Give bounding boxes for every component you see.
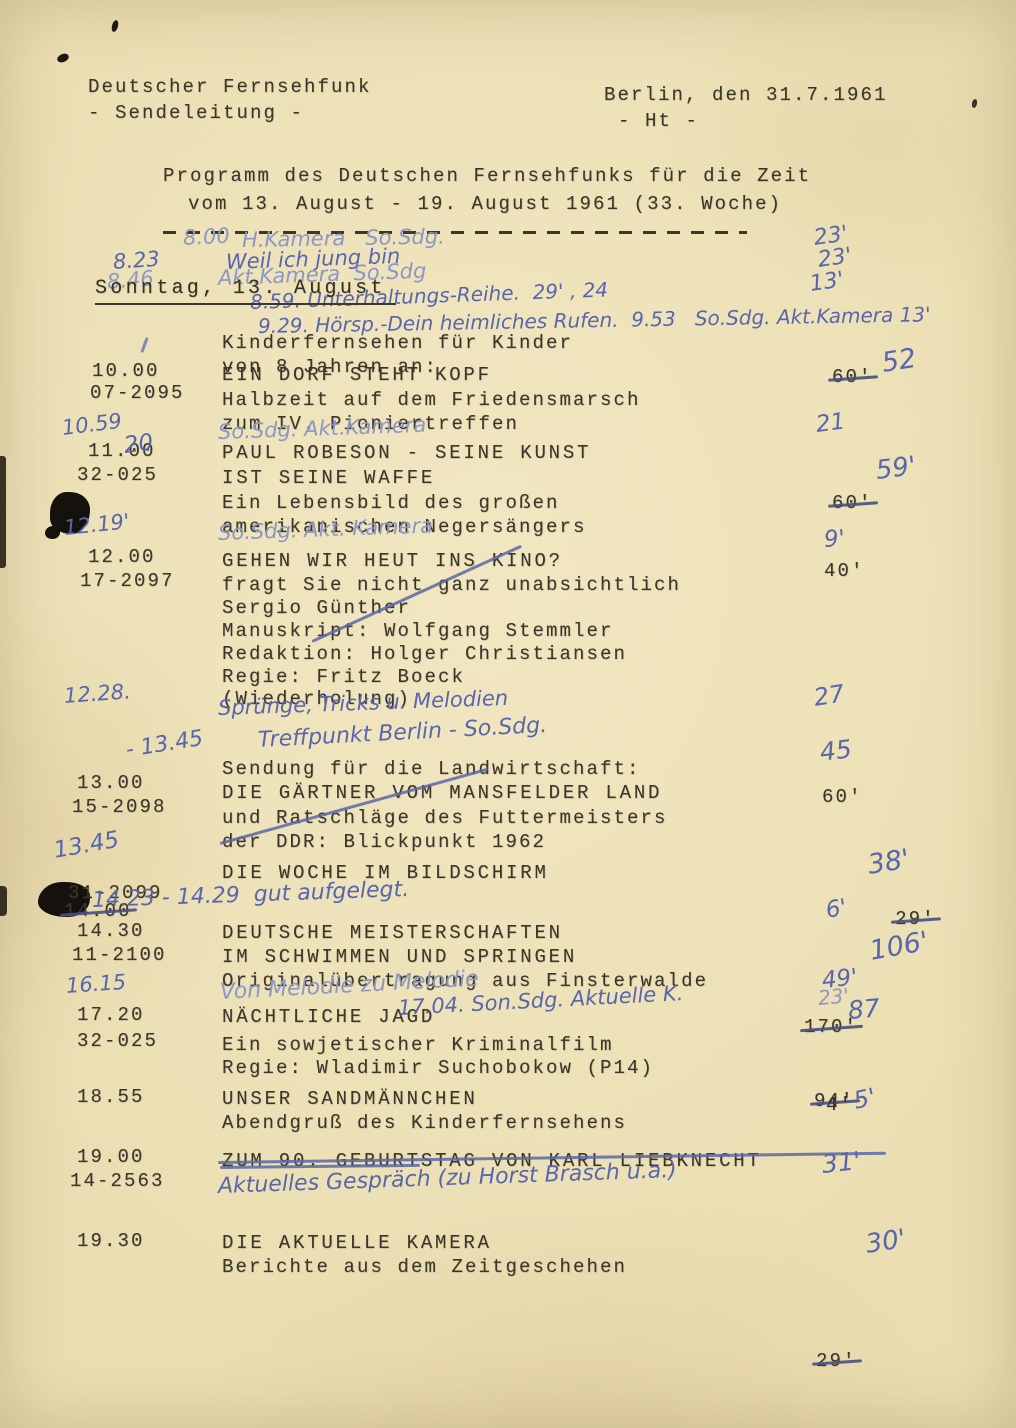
duration-typed: 40' (824, 560, 865, 582)
duration-typed: 60' (832, 492, 873, 514)
program-time: 13.00 (77, 772, 145, 794)
ink-blob (45, 526, 60, 539)
program-line: Abendgruß des Kinderfernsehens (222, 1112, 627, 1134)
program-code: 32-025 (77, 1030, 158, 1052)
program-pre-line: Kinderfernsehen für Kinder (222, 332, 573, 354)
program-time: 12.00 (88, 546, 156, 568)
program-line: Regie: Wladimir Suchobokow (P14) (222, 1057, 654, 1079)
program-code: 14-2563 (70, 1170, 165, 1192)
hw-note-duration: 9' (823, 526, 846, 553)
program-title: DIE GÄRTNER VOM MANSFELDER LAND (222, 782, 662, 804)
program-title: IST SEINE WAFFE (222, 467, 435, 489)
hw-note-duration: 27 (812, 679, 847, 711)
duration-handwritten: 87 (847, 993, 881, 1025)
program-code: 07-2095 (90, 382, 185, 404)
program-line: Manuskript: Wolfgang Stemmler (222, 620, 614, 642)
duration-handwritten: 106' (867, 926, 930, 967)
hw-note-text: Treffpunkt Berlin - So.Sdg. (257, 713, 547, 753)
program-entry-1100: 11.00 20 32-025 PAUL ROBESON - SEINE KUN… (0, 22, 1016, 44)
duration-handwritten: 38' (866, 844, 912, 881)
program-intro: Sendung für die Landwirtschaft: (222, 758, 641, 780)
program-line: Halbzeit auf dem Friedensmarsch (222, 389, 641, 411)
place-date: Berlin, den 31.7.1961 (604, 84, 888, 106)
program-time: 19.00 (77, 1146, 145, 1168)
hw-note-time: 12.28. (63, 679, 131, 708)
hw-time-correction: 20 (122, 430, 154, 459)
program-time: 18.55 (77, 1086, 145, 1108)
program-line: Regie: Fritz Boeck (222, 666, 465, 688)
program-code: 17-2097 (80, 570, 175, 592)
program-entry-1400: 14.00 31-2099 DIE WOCHE IM BILDSCHIRM 29… (0, 44, 1016, 66)
program-code: 11-2100 (72, 944, 167, 966)
hw-note-time: 16.15 (65, 970, 127, 998)
duration-handwritten: 52 (880, 343, 919, 379)
program-line: und Ratschläge des Futtermeisters (222, 807, 668, 829)
program-code: 32-025 (77, 464, 158, 486)
duration-typed: 60' (832, 366, 873, 388)
scanned-program-sheet: Deutscher Fernsehfunk - Sendeleitung - B… (0, 0, 1016, 1428)
org-name: Deutscher Fernsehfunk (88, 76, 372, 98)
program-title: UNSER SANDMÄNNCHEN (222, 1088, 478, 1110)
duration-handwritten-faint: 23' (817, 983, 850, 1010)
program-title-line1: Programm des Deutschen Fernsehfunks für … (163, 165, 811, 187)
program-time: 17.20 (77, 1004, 145, 1026)
program-line: Berichte aus dem Zeitgeschehen (222, 1256, 627, 1278)
program-title: IM SCHWIMMEN UND SPRINGEN (222, 946, 577, 968)
program-code: 15-2098 (72, 796, 167, 818)
hw-note-duration: 13' (808, 267, 845, 296)
program-entry-1000: Kinderfernsehen für Kinder von 8 Jahren … (0, 0, 1016, 22)
duration-typed: 29' (816, 1350, 857, 1372)
program-time: 10.00 (92, 360, 160, 382)
program-time: 14.30 (77, 920, 145, 942)
program-title: PAUL ROBESON - SEINE KUNST (222, 442, 591, 464)
org-dept: - Sendeleitung - (88, 102, 304, 124)
hw-note-duration: 45 (818, 734, 853, 767)
scan-edge-mark (0, 886, 7, 916)
hw-note-duration: 6' (824, 895, 849, 924)
day-heading: Sonntag, 13. August (95, 277, 396, 305)
ref-initials: - Ht - (618, 110, 699, 132)
program-line: Ein sowjetischer Kriminalfilm (222, 1034, 614, 1056)
program-title: EIN DORF STEHT KOPF (222, 364, 492, 386)
program-time: 19.30 (77, 1230, 145, 1252)
duration-handwritten: 31' (820, 1146, 862, 1179)
hw-note-time: 8.00 (182, 224, 230, 250)
program-title: DIE AKTUELLE KAMERA (222, 1232, 492, 1254)
program-title: DEUTSCHE MEISTERSCHAFTEN (222, 922, 563, 944)
duration-handwritten: 5' (851, 1083, 878, 1115)
program-line: Ein Lebensbild des großen (222, 492, 560, 514)
scan-edge-mark (0, 456, 6, 568)
duration-handwritten: 59' (874, 451, 918, 486)
hw-note-time: - 13.45 (124, 726, 205, 763)
program-line: der DDR: Blickpunkt 1962 (222, 831, 546, 853)
duration-typed: 4' (826, 1094, 853, 1116)
hw-note-time: 10.59 (61, 409, 124, 440)
duration-handwritten: 30' (864, 1224, 908, 1260)
duration-typed: 60' (822, 786, 863, 808)
hw-note-duration: 21 (814, 409, 846, 438)
program-line: Redaktion: Holger Christiansen (222, 643, 627, 665)
hw-note-time: 13.45 (52, 827, 121, 864)
program-title: GEHEN WIR HEUT INS KINO? (222, 550, 563, 572)
program-title-line2: vom 13. August - 19. August 1961 (33. Wo… (188, 193, 782, 215)
ink-tick (140, 337, 148, 353)
